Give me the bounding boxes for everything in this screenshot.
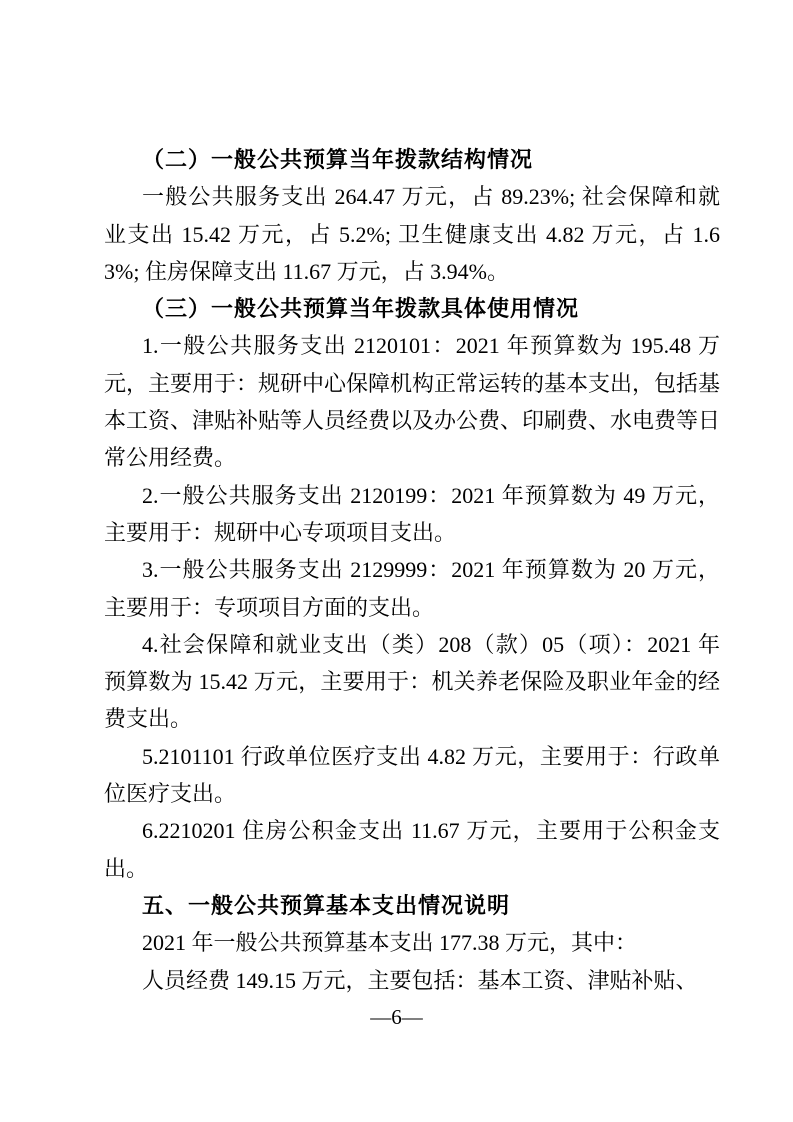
paragraph-line: 元，主要用于：规研中心保障机构正常运转的基本支出，包括基	[104, 365, 720, 402]
paragraph-line: 主要用于：规研中心专项项目支出。	[104, 514, 720, 551]
document-page: （二）一般公共预算当年拨款结构情况一般公共服务支出 264.47 万元，占 89…	[0, 0, 793, 1122]
paragraph-line: 费支出。	[104, 700, 720, 737]
page-number: —6—	[0, 999, 793, 1036]
paragraph-line: 3.一般公共服务支出 2129999：2021 年预算数为 20 万元，	[104, 551, 720, 588]
document-body: （二）一般公共预算当年拨款结构情况一般公共服务支出 264.47 万元，占 89…	[104, 141, 720, 999]
paragraph-line: 业支出 15.42 万元，占 5.2%; 卫生健康支出 4.82 万元，占 1.…	[104, 216, 720, 253]
paragraph-line: 常公用经费。	[104, 439, 720, 476]
paragraph-line: 位医疗支出。	[104, 775, 720, 812]
paragraph-line: 4.社会保障和就业支出（类）208（款）05（项）：2021 年	[104, 626, 720, 663]
section-heading: （二）一般公共预算当年拨款结构情况	[104, 141, 720, 178]
paragraph-line: 2021 年一般公共预算基本支出 177.38 万元，其中：	[104, 924, 720, 961]
section-heading: 五、一般公共预算基本支出情况说明	[104, 887, 720, 924]
paragraph-line: 6.2210201 住房公积金支出 11.67 万元，主要用于公积金支	[104, 812, 720, 849]
paragraph-line: 人员经费 149.15 万元，主要包括：基本工资、津贴补贴、	[104, 962, 720, 999]
paragraph-line: 本工资、津贴补贴等人员经费以及办公费、印刷费、水电费等日	[104, 402, 720, 439]
section-heading: （三）一般公共预算当年拨款具体使用情况	[104, 290, 720, 327]
paragraph-line: 1.一般公共服务支出 2120101：2021 年预算数为 195.48 万	[104, 327, 720, 364]
paragraph-line: 3%; 住房保障支出 11.67 万元，占 3.94%。	[104, 253, 720, 290]
paragraph-line: 一般公共服务支出 264.47 万元，占 89.23%; 社会保障和就	[104, 178, 720, 215]
paragraph-line: 主要用于：专项项目方面的支出。	[104, 589, 720, 626]
paragraph-line: 出。	[104, 850, 720, 887]
paragraph-line: 5.2101101 行政单位医疗支出 4.82 万元，主要用于：行政单	[104, 738, 720, 775]
paragraph-line: 预算数为 15.42 万元，主要用于：机关养老保险及职业年金的经	[104, 663, 720, 700]
paragraph-line: 2.一般公共服务支出 2120199：2021 年预算数为 49 万元，	[104, 477, 720, 514]
